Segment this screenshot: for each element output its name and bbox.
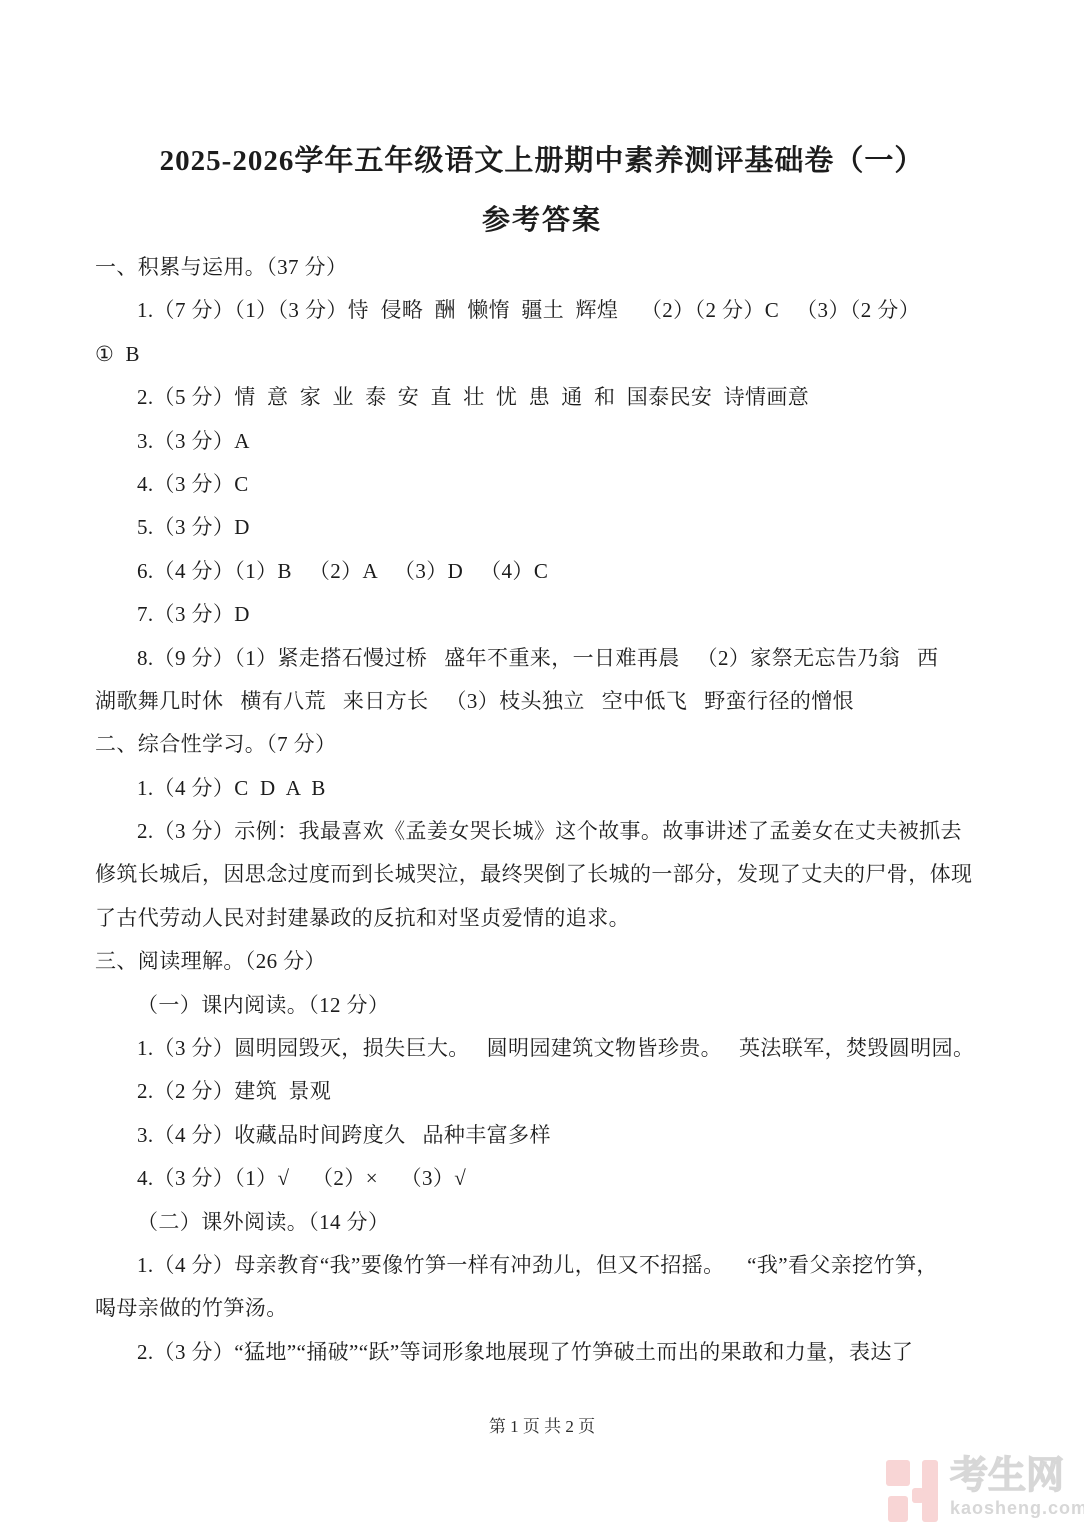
text-line: 湖歌舞几时休 横有八荒 来日方长 （3）枝头独立 空中低飞 野蛮行径的憎恨 xyxy=(95,680,995,723)
page-subtitle: 参考答案 xyxy=(0,198,1084,238)
watermark-site-name: 考生网 xyxy=(950,1456,1064,1496)
answer-sheet-page: 2025-2026学年五年级语文上册期中素养测评基础卷（一） 参考答案 一、积累… xyxy=(0,0,1084,1536)
text-line: （一）课内阅读。（12 分） xyxy=(95,984,995,1027)
text-line: 1.（4 分）C D A B xyxy=(95,767,995,810)
watermark-site-url: kaosheng.com xyxy=(950,1498,1084,1519)
text-line: 7.（3 分）D xyxy=(95,593,995,636)
text-line: 2.（3 分）“猛地”“捅破”“跃”等词形象地展现了竹笋破土而出的果敢和力量，表… xyxy=(95,1331,995,1374)
text-line: 三、阅读理解。（26 分） xyxy=(95,940,995,983)
text-line: 8.（9 分）（1）紧走搭石慢过桥 盛年不重来，一日难再晨 （2）家祭无忘告乃翁… xyxy=(95,637,995,680)
logo-block xyxy=(886,1460,910,1486)
text-line: ① B xyxy=(95,333,995,376)
text-line: 4.（3 分）C xyxy=(95,463,995,506)
document-lines: 一、积累与运用。（37 分）1.（7 分）（1）（3 分）恃 侵略 酬 懒惰 疆… xyxy=(95,246,995,1374)
text-line: 1.（4 分）母亲教育“我”要像竹笋一样有冲劲儿，但又不招摇。 “我”看父亲挖竹… xyxy=(95,1244,995,1287)
text-line: 5.（3 分）D xyxy=(95,506,995,549)
text-line: 1.（7 分）（1）（3 分）恃 侵略 酬 懒惰 疆土 辉煌 （2）（2 分）C… xyxy=(95,289,995,332)
page-number: 第 1 页 共 2 页 xyxy=(0,1412,1084,1437)
text-line: 6.（4 分）（1）B （2）A （3）D （4）C xyxy=(95,550,995,593)
text-line: 1.（3 分）圆明园毁灭，损失巨大。 圆明园建筑文物皆珍贵。 英法联军，焚毁圆明… xyxy=(95,1027,995,1070)
text-line: 2.（5 分）情 意 家 业 泰 安 直 壮 忧 患 通 和 国泰民安 诗情画意 xyxy=(95,376,995,419)
text-line: 2.（2 分）建筑 景观 xyxy=(95,1070,995,1113)
text-line: 3.（4 分）收藏品时间跨度久 品种丰富多样 xyxy=(95,1114,995,1157)
text-line: 二、综合性学习。（7 分） xyxy=(95,723,995,766)
text-line: 4.（3 分）（1）√ （2）× （3）√ xyxy=(95,1157,995,1200)
text-line: 3.（3 分）A xyxy=(95,420,995,463)
text-line: 了古代劳动人民对封建暴政的反抗和对坚贞爱情的追求。 xyxy=(95,897,995,940)
logo-block xyxy=(912,1488,924,1503)
text-line: （二）课外阅读。（14 分） xyxy=(95,1201,995,1244)
text-line: 修筑长城后，因思念过度而到长城哭泣，最终哭倒了长城的一部分，发现了丈夫的尸骨，体… xyxy=(95,853,995,896)
text-line: 2.（3 分）示例：我最喜欢《孟姜女哭长城》这个故事。故事讲述了孟姜女在丈夫被抓… xyxy=(95,810,995,853)
logo-block xyxy=(888,1496,908,1522)
watermark: 考生网 kaosheng.com xyxy=(886,1454,1066,1528)
kaosheng-logo-icon xyxy=(886,1460,944,1524)
text-line: 一、积累与运用。（37 分） xyxy=(95,246,995,289)
text-line: 喝母亲做的竹笋汤。 xyxy=(95,1287,995,1330)
logo-block xyxy=(922,1460,938,1522)
page-title: 2025-2026学年五年级语文上册期中素养测评基础卷（一） xyxy=(0,138,1084,179)
